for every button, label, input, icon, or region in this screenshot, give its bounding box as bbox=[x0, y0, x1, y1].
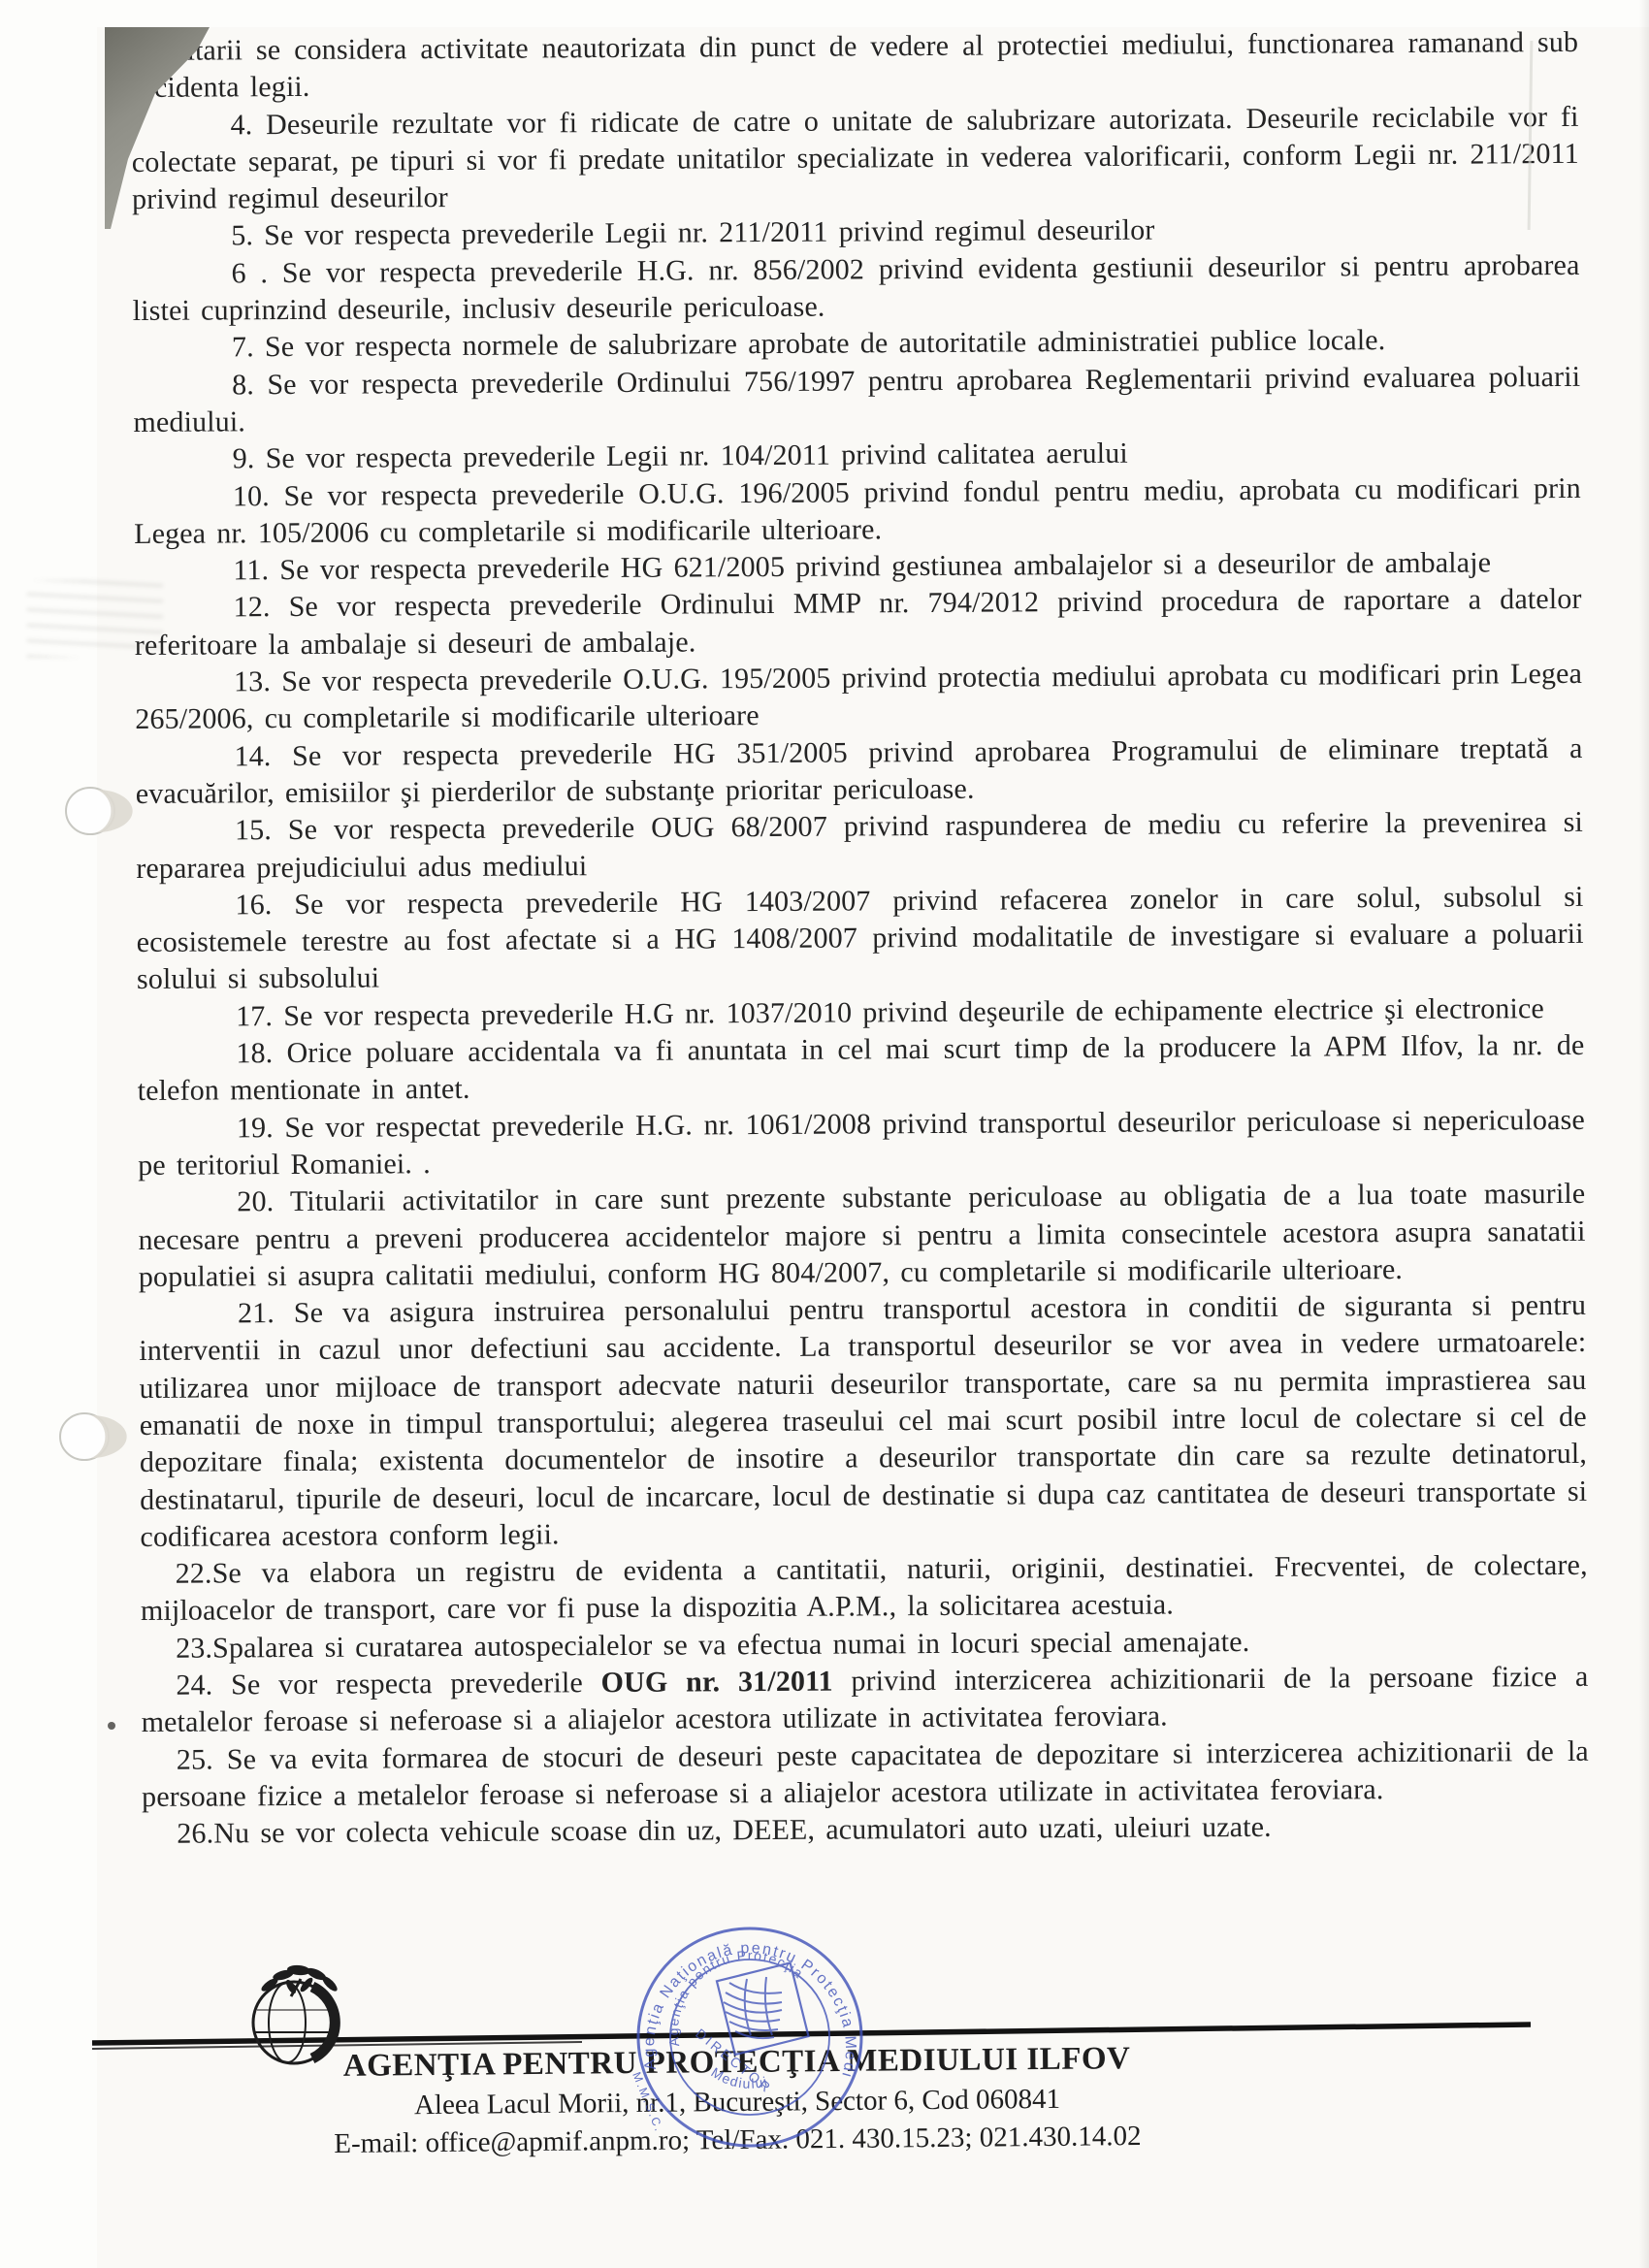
stray-ink-dot bbox=[108, 1722, 115, 1730]
globe-logo bbox=[253, 1964, 339, 2063]
blue-round-stamp: Agenţia Naţională pentru Protecţia Mediu… bbox=[0, 0, 861, 2146]
svg-text:Agenţia Naţională pentru Prote: Agenţia Naţională pentru Protecţia Mediu… bbox=[0, 0, 858, 2081]
scanned-document-page: { "document": { "language": "Romanian", … bbox=[0, 0, 1649, 2268]
folded-corner-shadow bbox=[105, 27, 210, 229]
stamp-outer-text: Agenţia Naţională pentru Protecţia Mediu… bbox=[0, 0, 858, 2081]
scan-overlay: Agenţia Naţională pentru Protecţia Mediu… bbox=[0, 0, 1649, 2268]
hole-punch-top bbox=[66, 788, 133, 834]
footer-separator-line bbox=[92, 2025, 1531, 2043]
stamp-signature-scribble bbox=[724, 1977, 782, 2038]
hole-punch-bottom bbox=[60, 1413, 127, 1460]
